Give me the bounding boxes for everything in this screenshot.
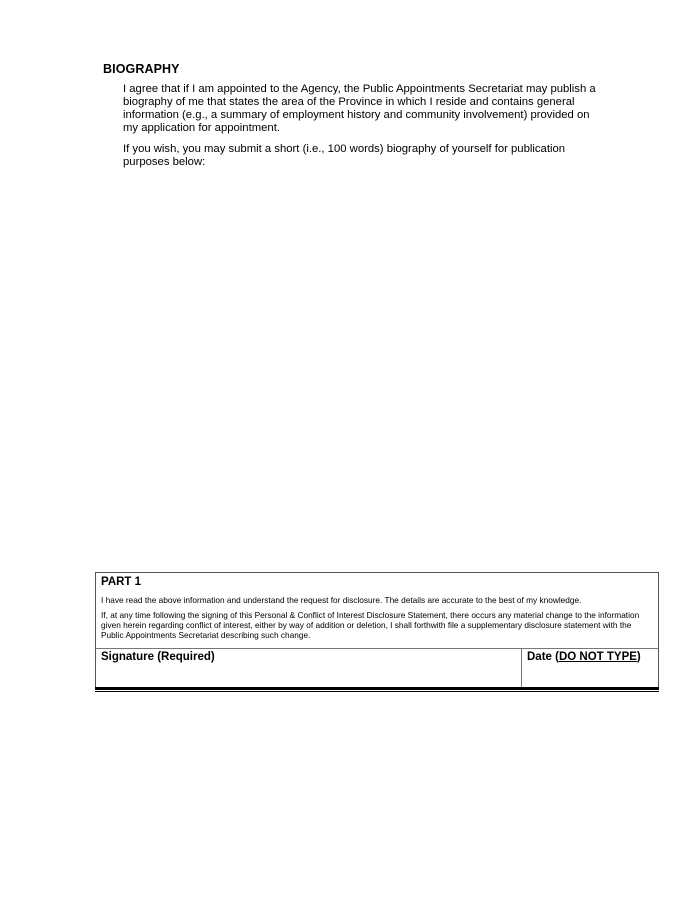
date-field[interactable]: Date (DO NOT TYPE) — [522, 649, 658, 688]
bottom-thin-rule — [95, 691, 659, 692]
signature-field[interactable]: Signature (Required) — [96, 649, 522, 688]
biography-consent-paragraph: I agree that if I am appointed to the Ag… — [123, 83, 603, 135]
bottom-thick-rule — [95, 687, 659, 690]
date-label: Date (DO NOT TYPE) — [527, 650, 653, 664]
date-label-emphasis: DO NOT TYPE — [559, 651, 637, 663]
part1-header: PART 1 I have read the above information… — [96, 573, 658, 649]
part1-box: PART 1 I have read the above information… — [95, 572, 659, 688]
biography-instructions-paragraph: If you wish, you may submit a short (i.e… — [123, 143, 603, 169]
date-label-prefix: Date ( — [527, 651, 559, 663]
biography-text-area[interactable] — [123, 175, 603, 555]
signature-label: Signature (Required) — [101, 650, 516, 664]
part1-title: PART 1 — [101, 575, 653, 589]
date-label-suffix: ) — [637, 651, 641, 663]
part1-statement-accuracy: I have read the above information and un… — [101, 595, 653, 605]
signature-row: Signature (Required) Date (DO NOT TYPE) — [96, 649, 658, 688]
section-title-biography: BIOGRAPHY — [103, 62, 180, 76]
part1-statement-change: If, at any time following the signing of… — [101, 610, 653, 640]
